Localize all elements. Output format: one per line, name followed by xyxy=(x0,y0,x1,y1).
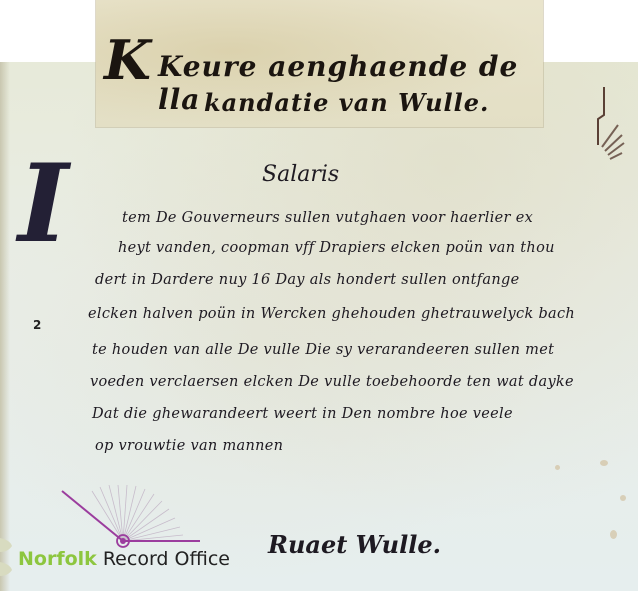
foxing-stain xyxy=(600,460,608,466)
foxing-stain xyxy=(620,495,626,501)
foxing-stain xyxy=(555,465,560,470)
foxing-stain xyxy=(610,530,617,539)
logo-text: Norfolk Record Office xyxy=(18,548,230,570)
title-inset: K Keure aenghaende de lla kandatie van W… xyxy=(96,0,543,127)
manuscript-line-1: tem De Gouverneurs sullen vutghaen voor … xyxy=(122,210,533,226)
manuscript-line-3: dert in Dardere nuy 16 Day als hondert s… xyxy=(95,272,519,288)
marginal-flourish-icon xyxy=(588,85,628,165)
page-edge-shadow xyxy=(0,62,10,591)
manuscript-line-7: Dat die ghewarandeert weert in Den nombr… xyxy=(92,406,513,422)
signature: Ruaet Wulle. xyxy=(268,530,441,559)
manuscript-line-6: voeden verclaersen elcken De vulle toebe… xyxy=(90,374,574,390)
decorated-initial-i: I xyxy=(18,150,69,258)
margin-number: 2 xyxy=(33,318,41,332)
manuscript-line-2: heyt vanden, coopman vff Drapiers elcken… xyxy=(118,240,555,256)
manuscript-line-4: elcken halven poün in Wercken ghehouden … xyxy=(88,306,575,322)
decorated-initial-k: K xyxy=(104,28,151,92)
manuscript-line-8: op vrouwtie van mannen xyxy=(95,438,283,454)
manuscript-line-5: te houden van alle De vulle Die sy verar… xyxy=(92,342,554,358)
logo-text-record-office: Record Office xyxy=(97,548,230,570)
inset-title-line-2: kandatie van Wulle. xyxy=(204,88,489,117)
document-heading: Salaris xyxy=(262,162,339,187)
logo-text-norfolk: Norfolk xyxy=(18,548,97,570)
